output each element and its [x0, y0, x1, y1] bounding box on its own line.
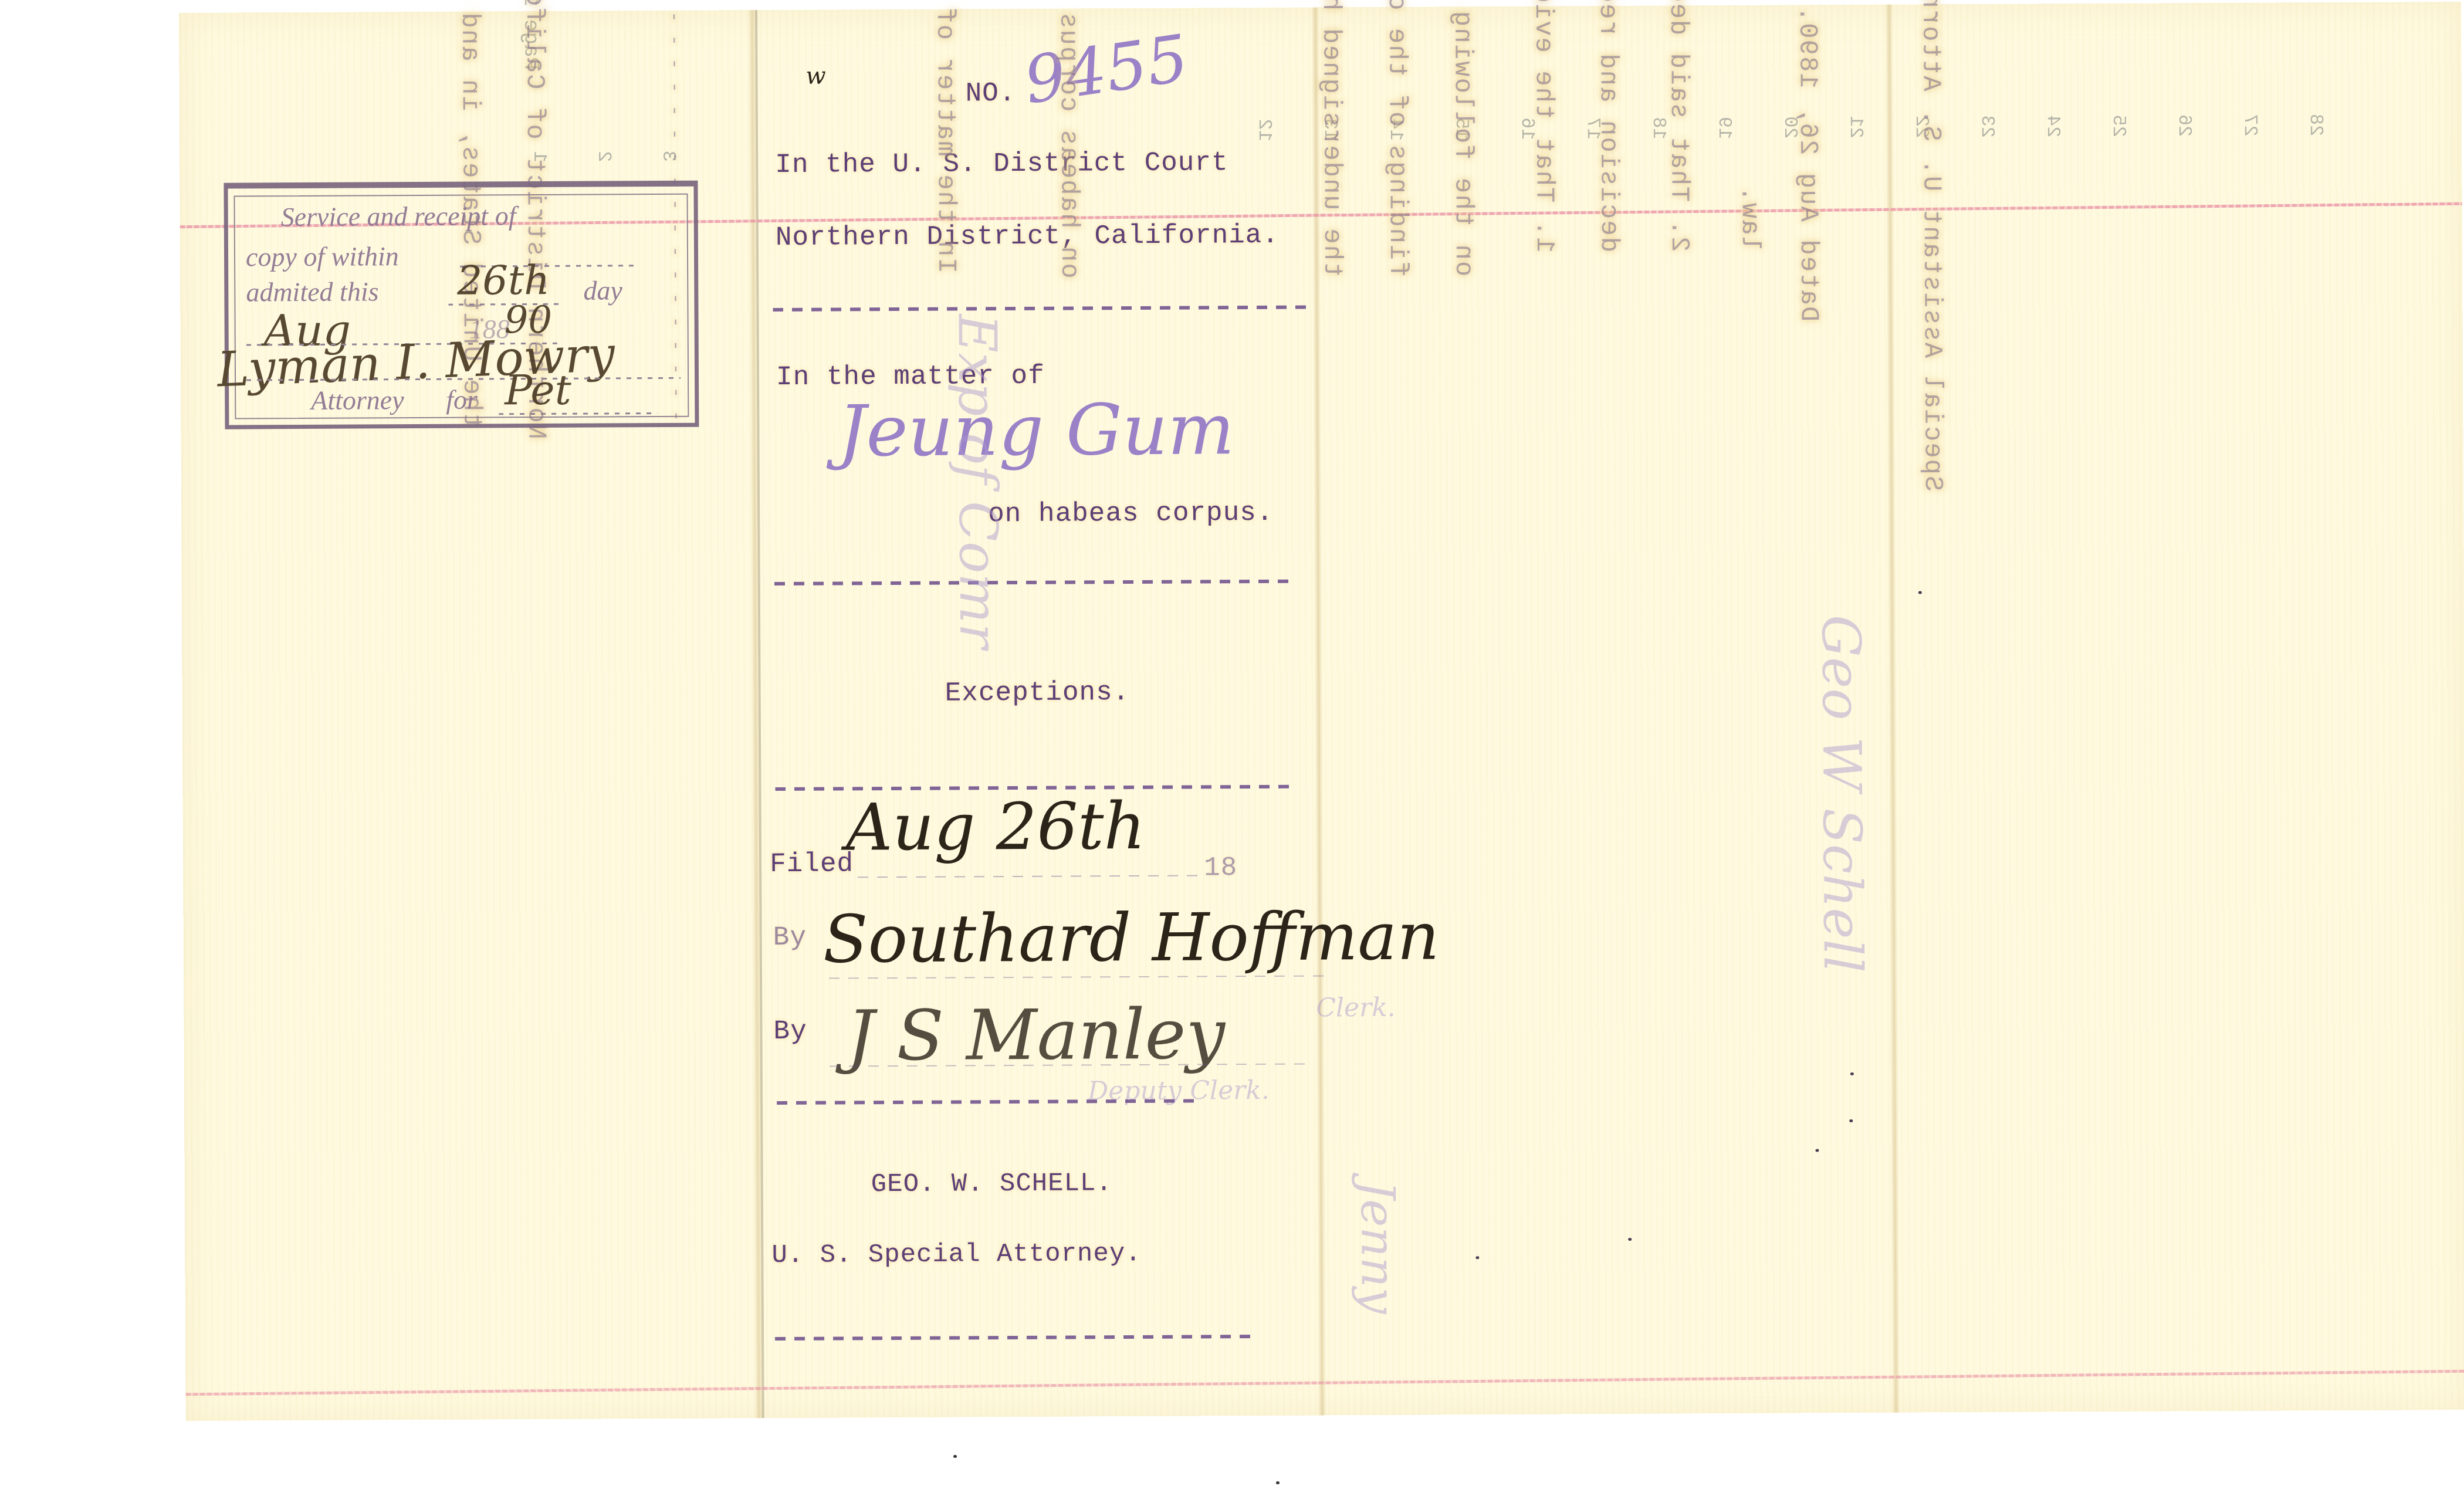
ink-speck — [1475, 1256, 1479, 1259]
by-label-1: By — [773, 922, 807, 953]
bleed-right-col-1: 1. That the evidence is insufficient to … — [1525, 0, 1559, 253]
scan-speck — [953, 1455, 957, 1458]
stamp-line-5-prefix: Attorney — [311, 384, 404, 416]
filed-label: Filed — [770, 848, 854, 879]
fold-crease — [1885, 5, 1900, 1413]
pencil-annotation: Exp of Comr — [946, 314, 1010, 649]
bleed-center-col-5: on the following grounds, to-wit: — [1446, 0, 1478, 276]
stamp-line-3-prefix: admited this — [246, 276, 378, 307]
by-label-2: By — [773, 1016, 807, 1047]
court-line-2: Northern District, California. — [776, 220, 1279, 253]
party-name: Jeung Gum — [838, 389, 1234, 472]
attorney-name: GEO. W. SCHELL. — [871, 1169, 1112, 1199]
stamp-line-2: copy of within — [246, 241, 399, 272]
clerk-signature: Southard Hoffman — [823, 899, 1439, 978]
case-number-label: NO. — [966, 78, 1016, 109]
pencil-annotation: Geo W Schell — [1810, 615, 1873, 973]
stamp-line-5-mid: for — [446, 384, 478, 415]
bleed-center-col-3: the undersigned hereby excepts to — [1315, 0, 1347, 277]
bleed-right-col-6: Special Assistant U. S. Attorney. — [1915, 0, 1947, 492]
separator-dashes — [774, 580, 1297, 585]
bleed-right-col-2: decision and recommendation. — [1592, 0, 1623, 252]
pencil-annotation: Jenny — [1351, 1180, 1406, 1314]
filed-year-prefix: 18 — [1204, 852, 1237, 883]
bleed-center-col-4: findings of the commissioner to report — [1380, 0, 1412, 277]
ink-speck — [1918, 591, 1922, 594]
clerk-printed: Clerk. — [1316, 993, 1396, 1023]
bleed-center-col-2: on habeas corpus — [1053, 12, 1084, 279]
case-number: 9455 — [1020, 21, 1193, 119]
bleed-right-col-5: Dated Aug 26, 1890. — [1792, 5, 1823, 322]
stamp-day-value: 26th — [457, 258, 550, 304]
filed-underline — [858, 875, 1198, 878]
document-title: Exceptions. — [945, 677, 1130, 709]
attorney-title: U. S. Special Attorney. — [771, 1239, 1142, 1270]
proceeding-label: on habeas corpus. — [988, 497, 1274, 529]
filed-date: Aug 26th — [845, 788, 1145, 865]
ink-speck — [1850, 1072, 1854, 1075]
service-receipt-stamp: Service and receipt of copy of within ad… — [224, 181, 699, 429]
document-paper: Page 1 the United States, in and for the… — [179, 2, 2464, 1421]
scan-speck — [1276, 1481, 1280, 1484]
bleed-right-col-3: 2. That said decision and recommendation… — [1660, 0, 1694, 252]
ink-speck — [1849, 1119, 1853, 1122]
stamp-for-value: Pet — [505, 366, 571, 415]
stamp-line-1: Service and receipt of — [281, 200, 516, 232]
separator-dashes — [775, 1335, 1256, 1341]
bleed-center-col-1: In the matter of — [930, 6, 960, 273]
ink-speck — [1815, 1149, 1819, 1152]
separator-dashes — [773, 306, 1309, 312]
court-line-1: In the U. S. District Court — [775, 147, 1228, 180]
corner-mark: w — [805, 63, 825, 90]
stamp-line-3-suffix: day — [583, 275, 622, 306]
bleed-right-col-4: law. — [1734, 185, 1764, 252]
ink-speck — [1628, 1238, 1632, 1241]
